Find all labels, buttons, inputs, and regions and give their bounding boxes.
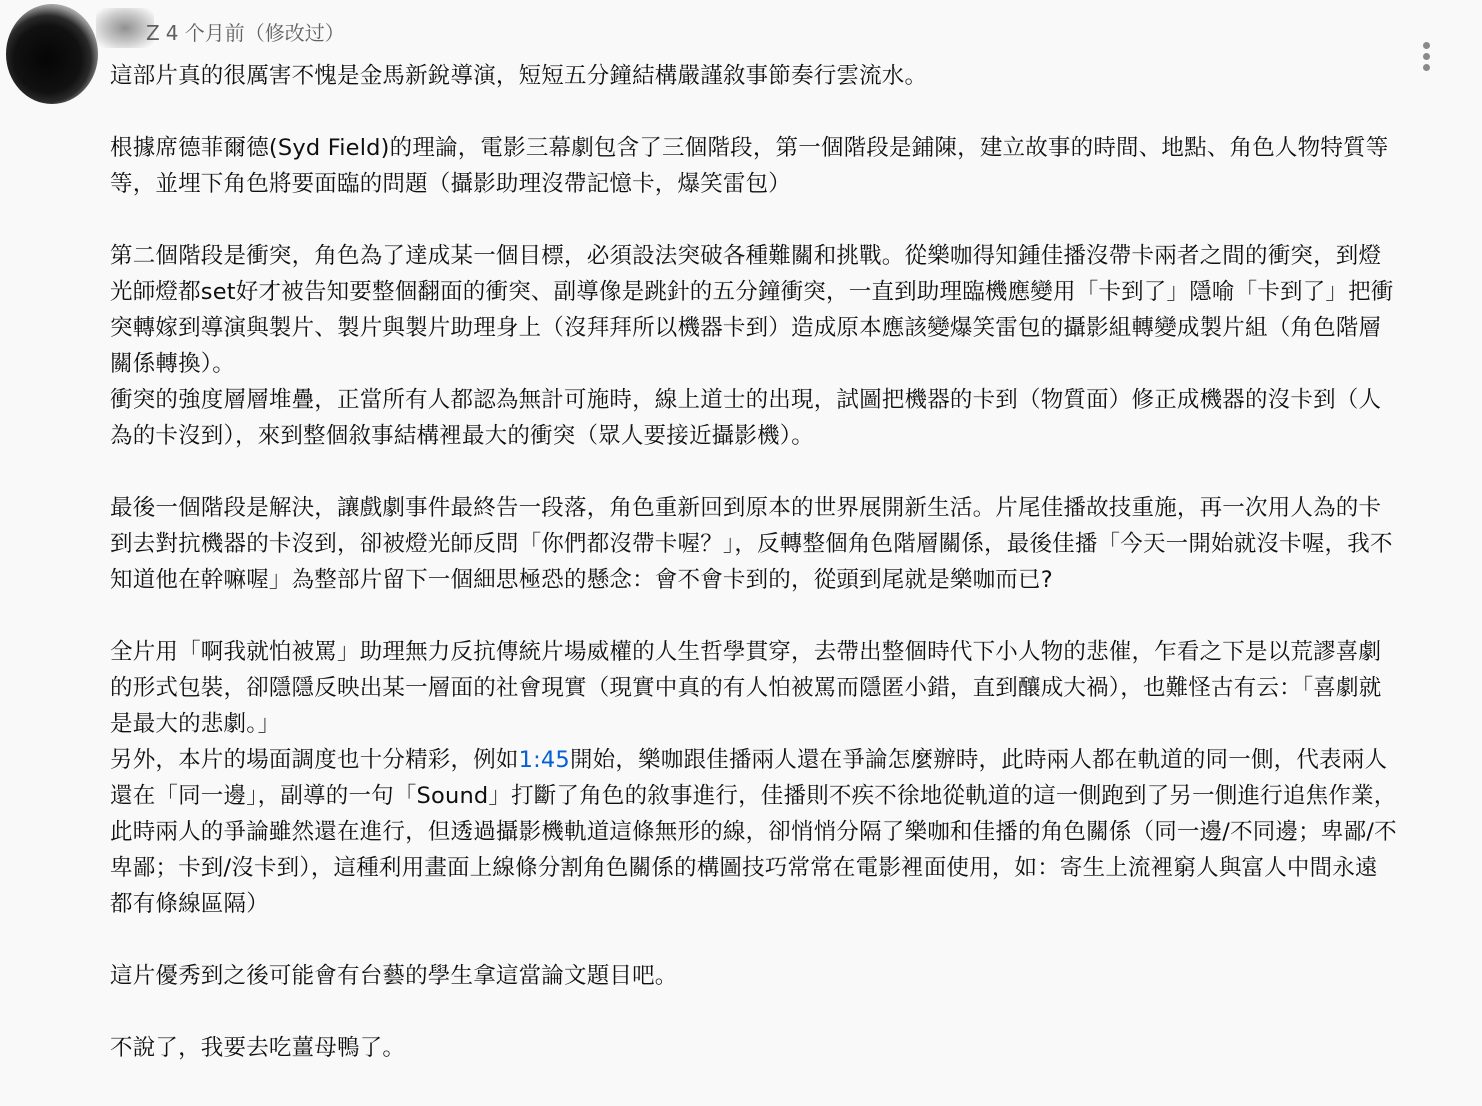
comment-paragraph: 這片優秀到之後可能會有台藝的學生拿這當論文題目吧。 — [110, 958, 1400, 994]
comment-text: 這部片真的很厲害不愧是金馬新銳導演，短短五分鐘結構嚴謹敘事節奏行雲流水。 根據席… — [110, 58, 1400, 1066]
comment-action-menu-button[interactable] — [1412, 36, 1440, 76]
comment-paragraph: 這部片真的很厲害不愧是金馬新銳導演，短短五分鐘結構嚴謹敘事節奏行雲流水。 — [110, 58, 1400, 94]
author-avatar[interactable] — [6, 4, 98, 104]
comment-paragraph: 第二個階段是衝突，角色為了達成某一個目標，必須設法突破各種難關和挑戰。從樂咖得知… — [110, 238, 1400, 382]
comment-paragraph-with-timestamp: 另外，本片的場面調度也十分精彩，例如1:45開始，樂咖跟佳播兩人還在爭論怎麼辦時… — [110, 742, 1400, 922]
video-timestamp-link[interactable]: 1:45 — [519, 747, 570, 773]
paragraph-text: 另外，本片的場面調度也十分精彩，例如 — [110, 747, 519, 773]
posted-time[interactable]: 4 个月前 — [166, 18, 245, 48]
edited-label: （修改过） — [245, 18, 345, 48]
vertical-ellipsis-icon — [1423, 53, 1430, 60]
author-name-fragment[interactable]: Z — [146, 18, 160, 48]
comment-meta: Z 4 个月前（修改过） — [146, 18, 345, 48]
vertical-ellipsis-icon — [1423, 64, 1430, 71]
comment-paragraph: 全片用「啊我就怕被罵」助理無力反抗傳統片場威權的人生哲學貫穿，去帶出整個時代下小… — [110, 634, 1400, 742]
comment-paragraph: 衝突的強度層層堆疊，正當所有人都認為無計可施時，線上道士的出現，試圖把機器的卡到… — [110, 382, 1400, 454]
comment-paragraph: 根據席德菲爾德(Syd Field)的理論，電影三幕劇包含了三個階段，第一個階段… — [110, 130, 1400, 202]
vertical-ellipsis-icon — [1423, 42, 1430, 49]
comment-paragraph: 不說了，我要去吃薑母鴨了。 — [110, 1030, 1400, 1066]
comment-paragraph: 最後一個階段是解決，讓戲劇事件最終告一段落，角色重新回到原本的世界展開新生活。片… — [110, 490, 1400, 598]
